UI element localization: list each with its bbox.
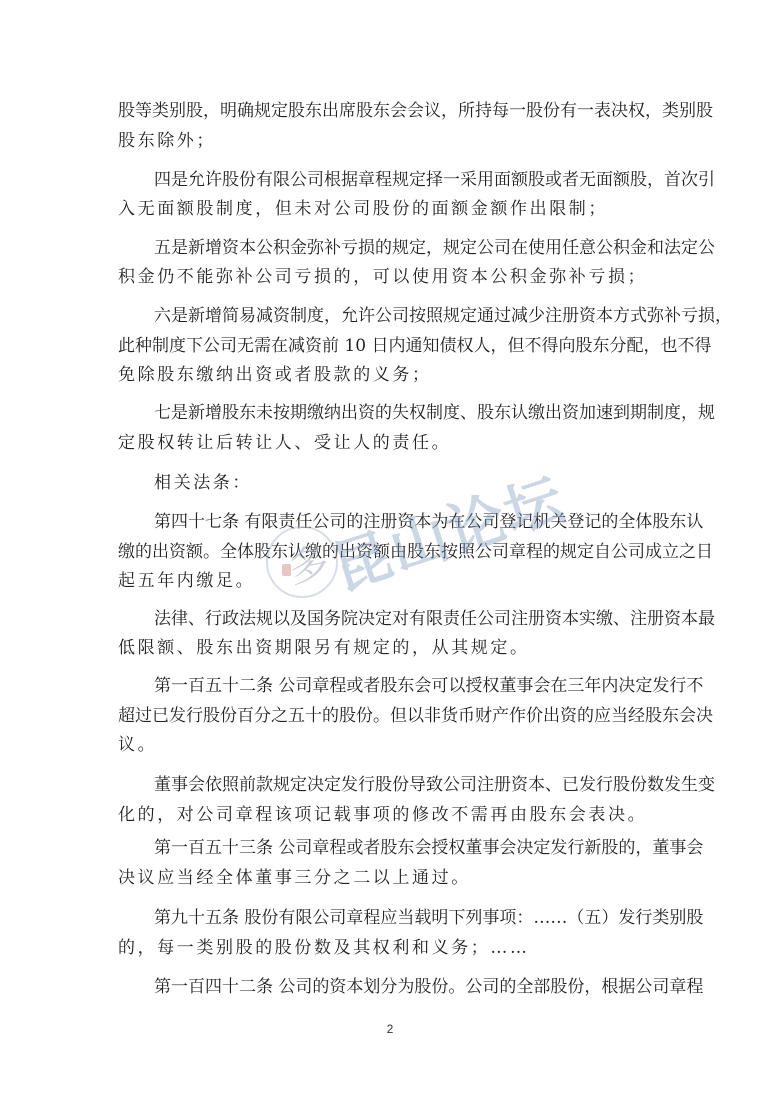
text-line: 五是新增资本公积金弥补亏损的规定，规定公司在使用任意公积金和法定公 <box>154 237 662 259</box>
text-line: 六是新增简易减资制度，允许公司按照规定通过减少注册资本方式弥补亏损， <box>154 305 662 327</box>
text-line: 四是允许股份有限公司根据章程规定择一采用面额股或者无面额股，首次引 <box>154 169 662 191</box>
text-line: 第一百四十二条 公司的资本划分为股份。公司的全部股份，根据公司章程 <box>154 976 662 998</box>
text-line: 超过已发行股份百分之五十的股份。但以非货币财产作价出资的应当经股东会决 <box>118 705 662 727</box>
document-page: 股等类别股，明确规定股东出席股东会会议，所持每一股份有一表决权，类别股股东除外；… <box>0 0 780 1104</box>
text-line: 起五年内缴足。 <box>118 570 662 592</box>
text-line: 此种制度下公司无需在减资前 10 日内通知债权人，但不得向股东分配，也不得 <box>118 335 662 357</box>
text-line: 相关法条： <box>154 472 662 494</box>
text-line: 缴的出资额。全体股东认缴的出资额由股东按照公司章程的规定自公司成立之日 <box>118 541 662 563</box>
text-line: 第九十五条 股份有限公司章程应当载明下列事项：……（五）发行类别股 <box>154 907 662 929</box>
text-line: 免除股东缴纳出资或者股款的义务； <box>118 364 662 386</box>
text-line: 股东除外； <box>118 130 662 152</box>
text-line: 定股权转让后转让人、受让人的责任。 <box>118 432 662 454</box>
text-line: 股等类别股，明确规定股东出席股东会会议，所持每一股份有一表决权，类别股 <box>118 100 662 122</box>
text-line: 化的，对公司章程该项记载事项的修改不需再由股东会表决。 <box>118 804 662 826</box>
text-line: 董事会依照前款规定决定发行股份导致公司注册资本、已发行股份数发生变 <box>154 774 662 796</box>
text-line: 低限额、股东出资期限另有规定的，从其规定。 <box>118 637 662 659</box>
text-line: 决议应当经全体董事三分之二以上通过。 <box>118 867 662 889</box>
text-line: 第一百五十二条 公司章程或者股东会可以授权董事会在三年内决定发行不 <box>154 675 662 697</box>
text-line: 入无面额股制度，但未对公司股份的面额金额作出限制； <box>118 198 662 220</box>
text-line: 积金仍不能弥补公司亏损的，可以使用资本公积金弥补亏损； <box>118 266 662 288</box>
text-line: 法律、行政法规以及国务院决定对有限责任公司注册资本实缴、注册资本最 <box>154 608 662 630</box>
text-line: 议。 <box>118 734 662 756</box>
text-line: 七是新增股东未按期缴纳出资的失权制度、股东认缴出资加速到期制度，规 <box>154 402 662 424</box>
text-line: 第一百五十三条 公司章程或者股东会授权董事会决定发行新股的，董事会 <box>154 837 662 859</box>
text-line: 第四十七条 有限责任公司的注册资本为在公司登记机关登记的全体股东认 <box>154 511 662 533</box>
page-number: 2 <box>0 1022 780 1036</box>
text-line: 的，每一类别股的股份数及其权利和义务；…… <box>118 937 662 959</box>
